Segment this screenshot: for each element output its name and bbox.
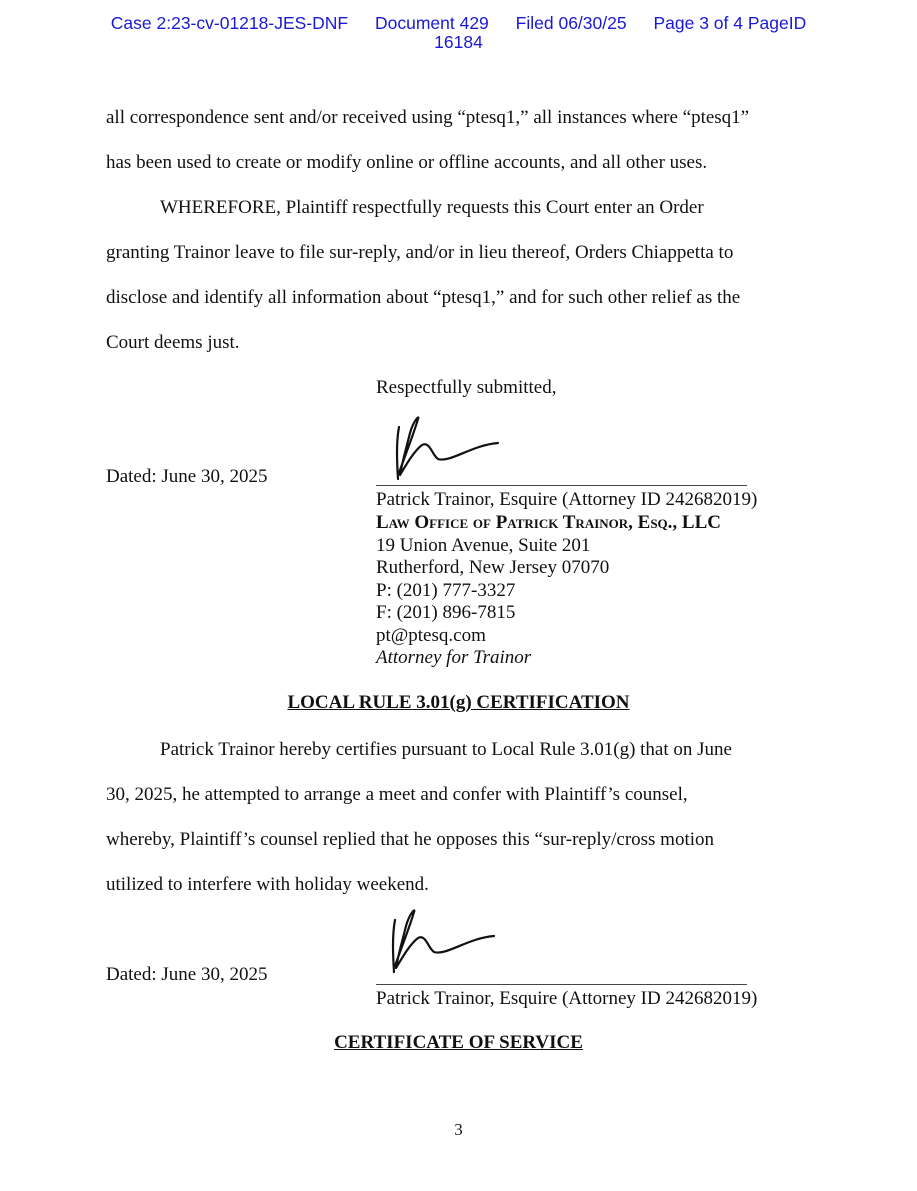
- address-line-1: 19 Union Avenue, Suite 201: [376, 535, 590, 557]
- page-id: 16184: [434, 32, 483, 52]
- filed-date: Filed 06/30/25: [516, 13, 627, 33]
- signature-line: [376, 485, 747, 486]
- dated-label: Dated: June 30, 2025: [106, 964, 267, 986]
- wherefore-line: WHEREFORE, Plaintiff respectfully reques…: [160, 197, 704, 219]
- wherefore-line: disclose and identify all information ab…: [106, 287, 740, 309]
- fax: F: (201) 896-7815: [376, 602, 515, 624]
- certificate-of-service-heading: CERTIFICATE OF SERVICE: [0, 1032, 917, 1054]
- email: pt@ptesq.com: [376, 625, 486, 647]
- paragraph-line: has been used to create or modify online…: [106, 152, 707, 174]
- signature-icon: [392, 413, 504, 483]
- page-number: 3: [0, 1120, 917, 1140]
- signature-icon: [388, 906, 500, 976]
- certification-line: 30, 2025, he attempted to arrange a meet…: [106, 784, 688, 806]
- phone: P: (201) 777-3327: [376, 580, 515, 602]
- attorney-name: Patrick Trainor, Esquire (Attorney ID 24…: [376, 988, 757, 1010]
- wherefore-line: granting Trainor leave to file sur-reply…: [106, 242, 733, 264]
- wherefore-line: Court deems just.: [106, 332, 240, 354]
- case-number: Case 2:23-cv-01218-JES-DNF: [111, 13, 348, 33]
- page-info: Page 3 of 4 PageID: [653, 13, 806, 33]
- certification-line: utilized to interfere with holiday weeke…: [106, 874, 429, 896]
- paragraph-line: all correspondence sent and/or received …: [106, 107, 749, 129]
- certification-line: whereby, Plaintiff’s counsel replied tha…: [106, 829, 714, 851]
- attorney-name: Patrick Trainor, Esquire (Attorney ID 24…: [376, 489, 757, 511]
- court-filing-header: Case 2:23-cv-01218-JES-DNF Document 429 …: [0, 14, 917, 52]
- dated-label: Dated: June 30, 2025: [106, 466, 267, 488]
- address-line-2: Rutherford, New Jersey 07070: [376, 557, 609, 579]
- certification-line: Patrick Trainor hereby certifies pursuan…: [160, 739, 732, 761]
- law-firm-name: Law Office of Patrick Trainor, Esq., LLC: [376, 512, 721, 534]
- closing: Respectfully submitted,: [376, 377, 556, 399]
- signature-line: [376, 984, 747, 985]
- attorney-role: Attorney for Trainor: [376, 647, 531, 669]
- certification-heading: LOCAL RULE 3.01(g) CERTIFICATION: [0, 692, 917, 714]
- document-number: Document 429: [375, 13, 489, 33]
